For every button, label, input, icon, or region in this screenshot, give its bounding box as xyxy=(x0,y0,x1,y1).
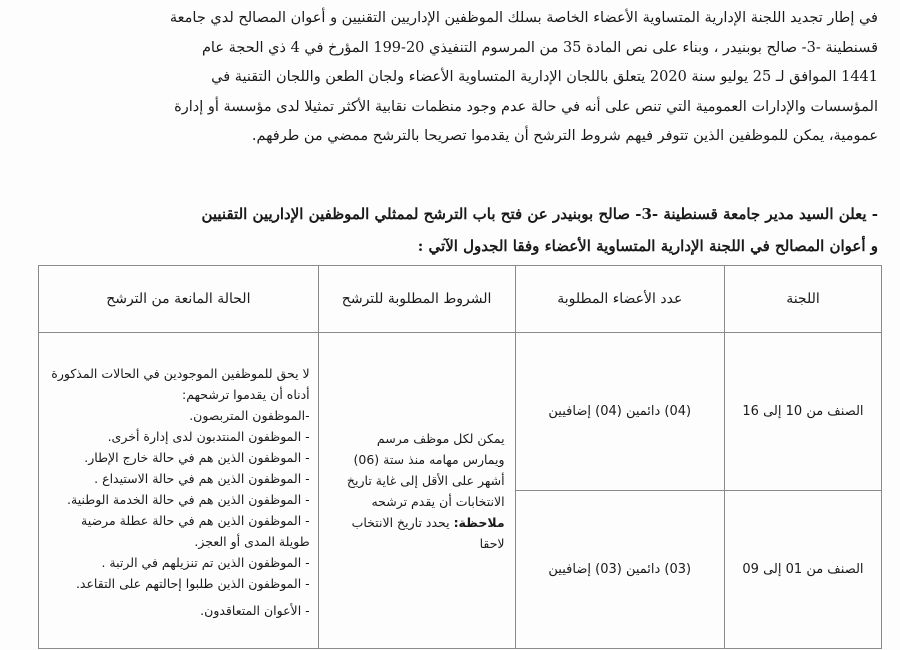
ineligible-line: -الموظفون المتربصون. xyxy=(47,405,310,426)
ineligible-line: - الموظفون المنتدبون لدى إدارة أخرى. xyxy=(47,426,310,447)
candidacy-table: اللجنة عدد الأعضاء المطلوبة الشروط المطل… xyxy=(38,265,882,649)
condition-line: أشهر على الأقل إلى غاية تاريخ xyxy=(329,470,505,491)
intro-line: المؤسسات والإدارات العمومية التي تنص على… xyxy=(26,93,878,123)
ineligible-line: - الموظفون الذين طلبوا إحالتهم على التقا… xyxy=(47,573,310,594)
table-row: الصنف من 10 إلى 16 (04) دائمين (04) إضاف… xyxy=(39,333,882,491)
committee-cell: الصنف من 10 إلى 16 xyxy=(724,333,881,491)
announcement-line: و أعوان المصالح في اللجنة الإدارية المتس… xyxy=(26,230,878,262)
condition-line: يمكن لكل موظف مرسم xyxy=(329,428,505,449)
ineligible-line: - الموظفون الذين هم في حالة الاستيداع . xyxy=(47,468,310,489)
ineligible-line: - الأعوان المتعاقدون. xyxy=(47,600,310,621)
intro-line: عمومية، يمكن للموظفين الذين تتوفر فيهم ش… xyxy=(26,122,878,152)
members-cell: (03) دائمين (03) إضافيين xyxy=(515,491,724,649)
condition-line: ويمارس مهامه منذ ستة (06) xyxy=(329,449,505,470)
ineligible-line: - الموظفون الذين هم في حالة عطلة مرضية ط… xyxy=(47,510,310,552)
intro-line: في إطار تجديد اللجنة الإدارية المتساوية … xyxy=(26,4,878,34)
document-page: في إطار تجديد اللجنة الإدارية المتساوية … xyxy=(0,0,900,650)
header-ineligible: الحالة المانعة من الترشح xyxy=(39,266,319,333)
ineligible-line: - الموظفون الذين تم تنزيلهم في الرتبة . xyxy=(47,552,310,573)
condition-line: الانتخابات أن يقدم ترشحه xyxy=(329,491,505,512)
committee-cell: الصنف من 01 إلى 09 xyxy=(724,491,881,649)
header-members-required: عدد الأعضاء المطلوبة xyxy=(515,266,724,333)
ineligible-line: - الموظفون الذين هم في حالة خارج الإطار. xyxy=(47,447,310,468)
announcement: - يعلن السيد مدير جامعة قسنطينة -3- صالح… xyxy=(26,198,878,262)
note-label: ملاحظة: xyxy=(454,515,505,530)
intro-line: قسنطينة -3- صالح بوبنيدر ، وبناء على نص … xyxy=(26,34,878,64)
table-header-row: اللجنة عدد الأعضاء المطلوبة الشروط المطل… xyxy=(39,266,882,333)
header-conditions: الشروط المطلوبة للترشح xyxy=(318,266,515,333)
intro-paragraph: في إطار تجديد اللجنة الإدارية المتساوية … xyxy=(26,4,878,152)
conditions-cell: يمكن لكل موظف مرسم ويمارس مهامه منذ ستة … xyxy=(318,333,515,649)
intro-line: 1441 الموافق لـ 25 يوليو سنة 2020 يتعلق … xyxy=(26,63,878,93)
header-committee: اللجنة xyxy=(724,266,881,333)
ineligible-cell: لا يحق للموظفين الموجودين في الحالات الم… xyxy=(39,333,319,649)
note-line: ملاحظة: يحدد تاريخ الانتخاب لاحقا xyxy=(329,512,505,554)
ineligible-line: - الموظفون الذين هم في حالة الخدمة الوطن… xyxy=(47,489,310,510)
members-cell: (04) دائمين (04) إضافيين xyxy=(515,333,724,491)
announcement-line: - يعلن السيد مدير جامعة قسنطينة -3- صالح… xyxy=(26,198,878,230)
ineligible-line: لا يحق للموظفين الموجودين في الحالات الم… xyxy=(47,363,310,405)
